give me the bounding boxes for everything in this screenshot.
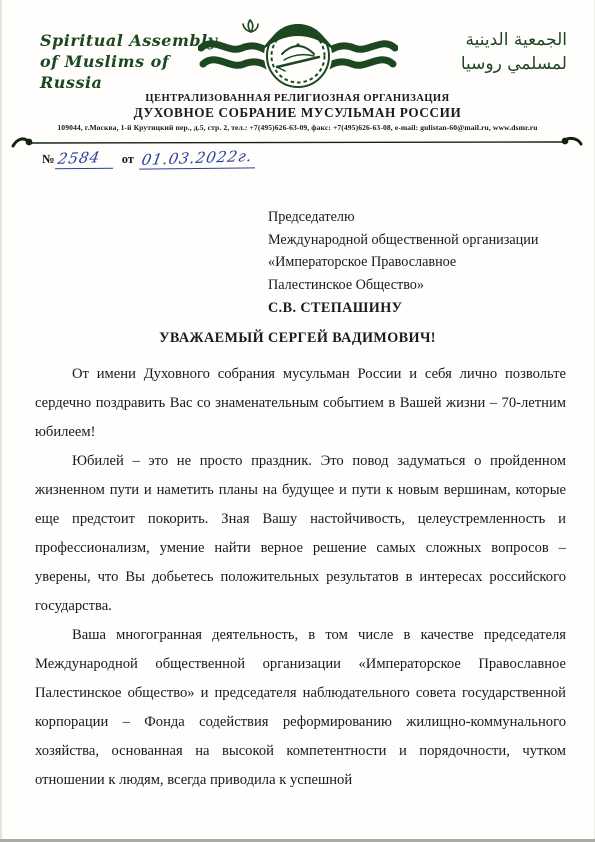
salutation: УВАЖАЕМЫЙ СЕРГЕЙ ВАДИМОВИЧ! [0,330,595,347]
org-name-line: ДУХОВНОЕ СОБРАНИЕ МУСУЛЬМАН РОССИИ [0,105,595,121]
org-name-english-line1: Spiritual Assembly [40,30,220,51]
letter-page: Spiritual Assembly of Muslims of Russia [0,0,595,842]
org-name-english-line2: of Muslims of Russia [40,51,220,93]
org-name-arabic: الجمعية الدينية لمسلمي روسيا [417,28,567,76]
org-name-arabic-line2: لمسلمي روسيا [417,52,567,76]
ref-number-label: № [42,152,55,166]
body-paragraph: От имени Духовного собрания мусульман Ро… [35,360,566,447]
org-name-english: Spiritual Assembly of Muslims of Russia [40,30,220,93]
recipient-line: Председателю [268,206,578,229]
body-paragraph: Ваша многогранная деятельность, в том чи… [35,621,566,795]
ref-date-value: 01.03.2022г. [140,147,254,169]
crescent-seal-emblem-icon [198,12,398,99]
recipient-line: Палестинское Общество» [268,274,578,297]
org-name-arabic-line1: الجمعية الدينية [417,28,567,52]
recipient-block: Председателю Международной общественной … [268,206,578,319]
body-paragraph: Юбилей – это не просто праздник. Это пов… [35,447,566,621]
recipient-line: «Императорское Православное [268,251,578,274]
org-type-line: ЦЕНТРАЛИЗОВАННАЯ РЕЛИГИОЗНАЯ ОРГАНИЗАЦИЯ [0,93,595,104]
contact-line: 109044, г.Москва, 1-й Крутицкий пер., д.… [0,123,595,132]
ref-number-value: 2584 [56,148,102,168]
reference-row: №2584 от01.03.2022г. [42,149,255,169]
ref-date-label: от [122,152,134,166]
recipient-line: Международной общественной организации [268,229,578,252]
letter-body: От имени Духовного собрания мусульман Ро… [35,360,566,795]
recipient-name: С.В. СТЕПАШИНУ [268,297,578,320]
